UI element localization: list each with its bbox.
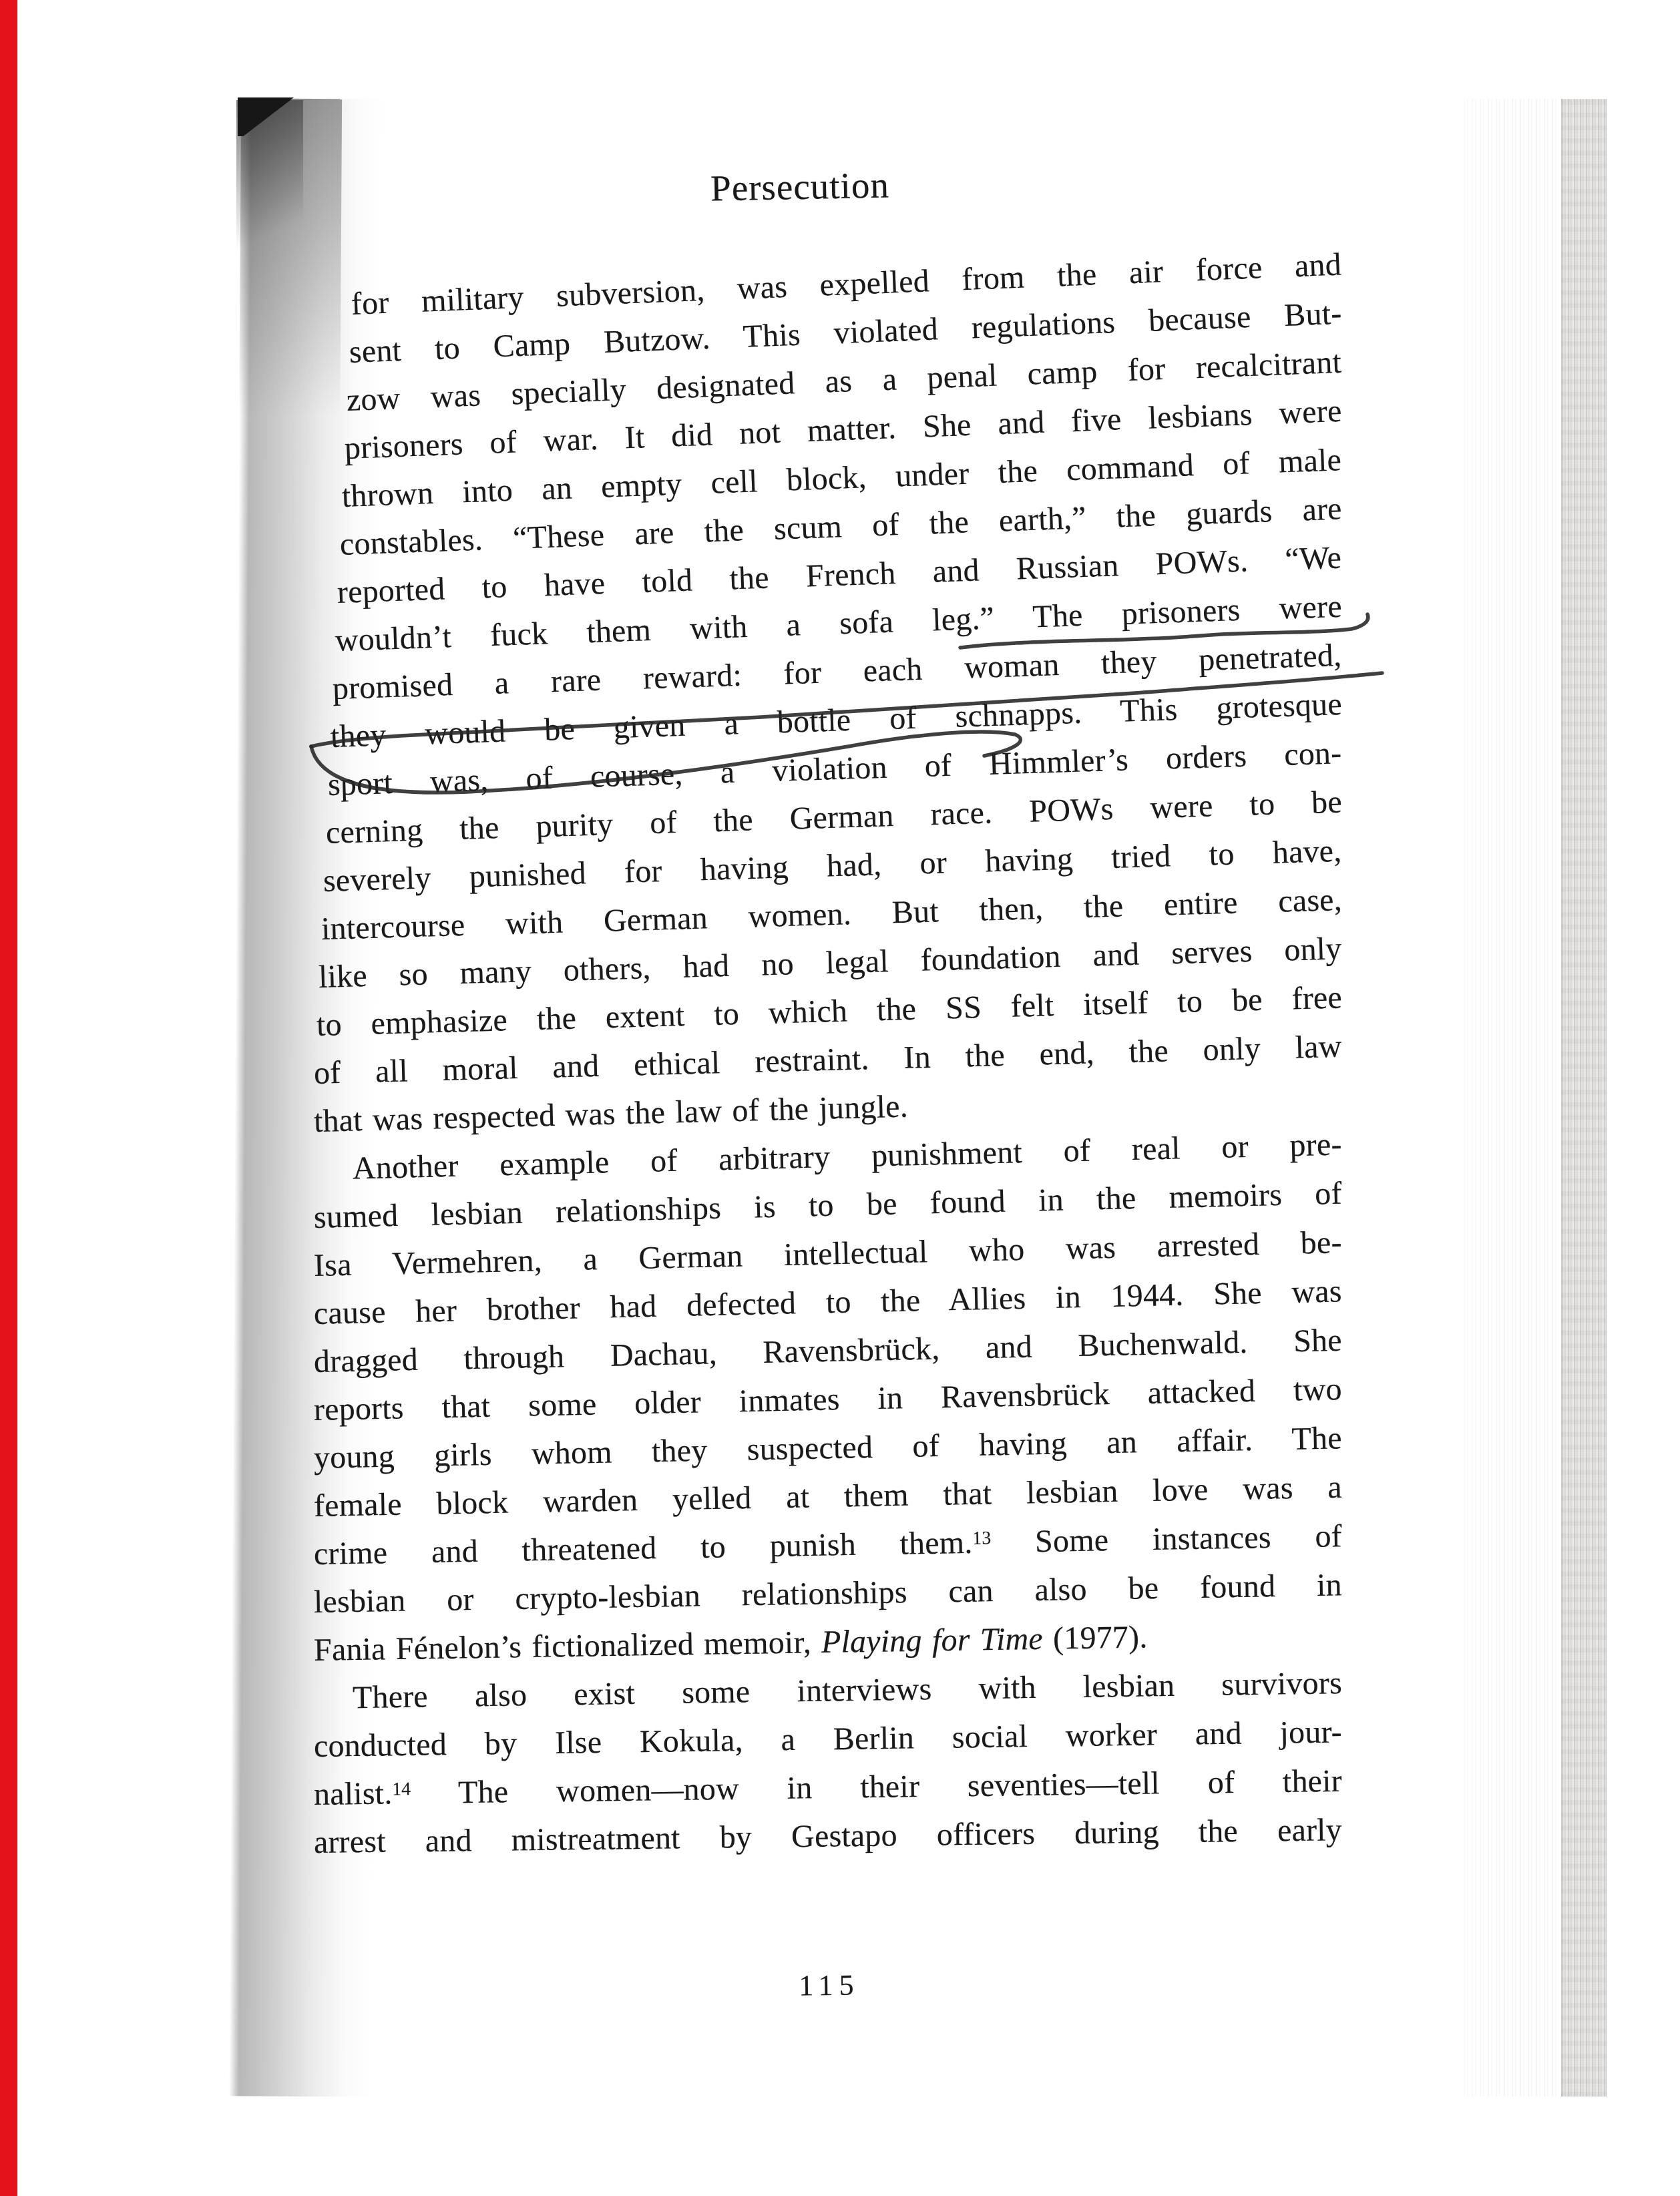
footnote-ref: 14 xyxy=(392,1779,411,1800)
footnote-ref: 13 xyxy=(972,1528,991,1549)
text-segment: Some instances of xyxy=(991,1518,1342,1560)
page-number: 115 xyxy=(115,1962,1544,2009)
text-segment: The women—now in their seventies—tell of… xyxy=(411,1763,1342,1811)
text-segment: lesbian or crypto-lesbian relationships … xyxy=(314,1567,1343,1620)
text-segment: (1977). xyxy=(1042,1619,1147,1656)
text-segment: Fania Fénelon’s fictionalized memoir, xyxy=(314,1624,822,1668)
scanned-book-page: Persecution for military subversion, was… xyxy=(0,0,1680,2196)
text-segment: There also exist some interviews with le… xyxy=(353,1665,1343,1715)
page-content-layer: Persecution for military subversion, was… xyxy=(127,99,1556,2097)
text-segment: nalist. xyxy=(314,1775,393,1812)
text-segment: arrest and mistreatment by Gestapo offic… xyxy=(314,1812,1343,1860)
book-edge-texture-outer xyxy=(1561,99,1607,2097)
running-header: Persecution xyxy=(85,152,1515,221)
text-segment: crime and threatened to punish them. xyxy=(314,1525,973,1572)
text-segment: that was respected was the law of the ju… xyxy=(313,1088,908,1139)
red-edge-bar xyxy=(0,0,17,2196)
text-segment: conducted by Ilse Kokula, a Berlin socia… xyxy=(314,1715,1343,1764)
italic-title: Playing for Time xyxy=(821,1621,1044,1660)
text-block: for military subversion, was expelled fr… xyxy=(314,280,1342,1867)
